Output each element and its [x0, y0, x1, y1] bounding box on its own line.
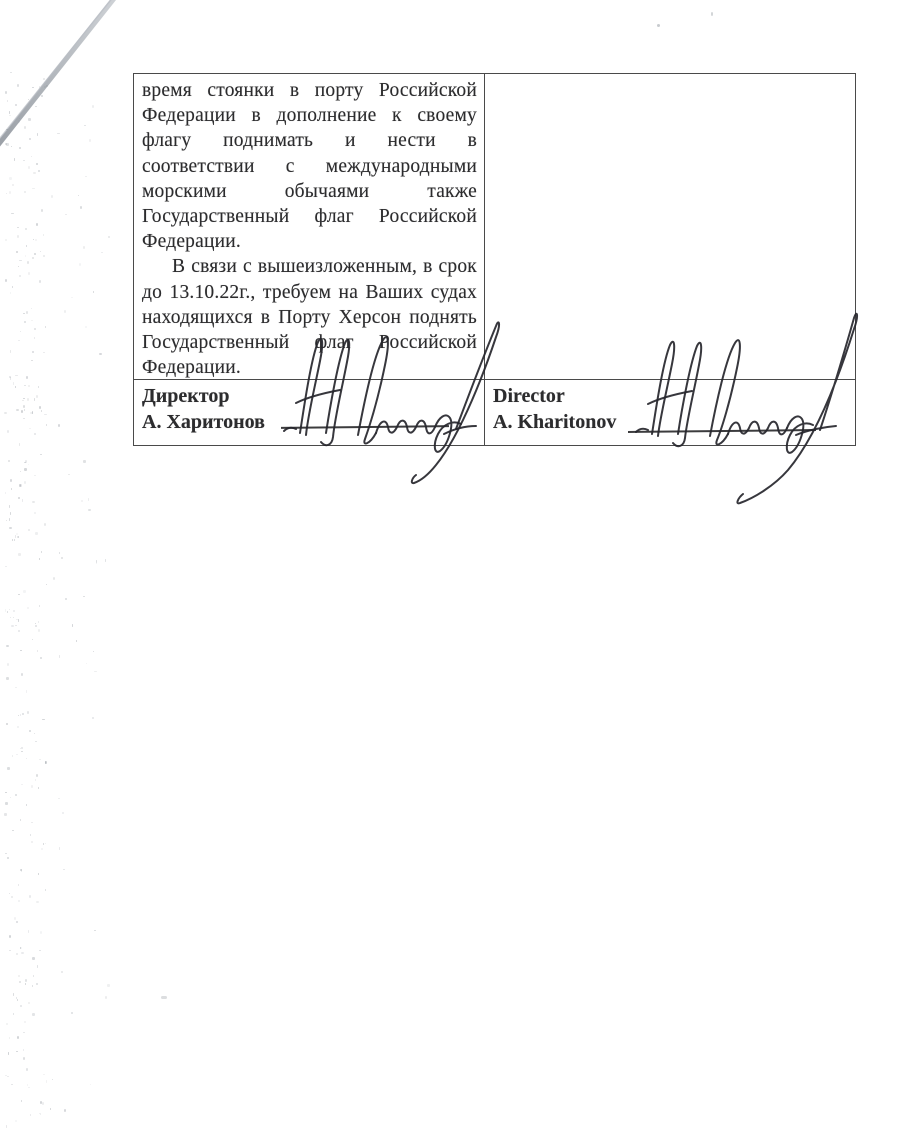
speck: [86, 663, 87, 664]
speck: [96, 560, 97, 563]
speck: [15, 375, 18, 377]
speck: [31, 841, 33, 843]
speck: [14, 917, 16, 920]
speck: [40, 1113, 41, 1115]
speck: [20, 819, 22, 821]
speck: [30, 834, 31, 836]
speck: [5, 853, 7, 854]
speck: [43, 234, 45, 235]
speck: [30, 412, 32, 414]
speck: [23, 398, 25, 399]
speck: [101, 252, 103, 253]
speck: [76, 640, 77, 642]
speck: [5, 492, 6, 494]
speck: [26, 1068, 28, 1071]
scanned-document-page: время стоянки в порту Российской Федерац…: [0, 0, 897, 1141]
speck: [34, 733, 35, 734]
speck: [22, 499, 24, 502]
speck: [12, 539, 13, 542]
speck: [20, 331, 22, 333]
speck: [10, 617, 11, 618]
speck: [38, 629, 40, 632]
speck: [11, 896, 13, 898]
russian-paragraph-1: время стоянки в порту Российской Федерац…: [142, 78, 477, 254]
speck: [5, 802, 7, 805]
speck: [8, 1052, 9, 1055]
document-table: время стоянки в порту Российской Федерац…: [133, 73, 856, 446]
director-name-ru: А. Харитонов: [142, 409, 484, 435]
right-empty-cell: [485, 74, 855, 379]
speck: [25, 979, 27, 982]
speck: [27, 607, 29, 609]
speck: [40, 931, 43, 934]
speck: [34, 398, 35, 401]
speck: [5, 1075, 7, 1077]
speck: [23, 313, 25, 314]
speck: [10, 292, 12, 295]
speck: [92, 717, 94, 719]
speck: [64, 310, 66, 313]
speck: [4, 412, 7, 414]
scan-dot-artifact: [161, 996, 167, 999]
speck: [20, 471, 22, 472]
speck: [32, 351, 34, 353]
speck: [15, 687, 18, 688]
speck: [23, 405, 25, 408]
speck: [41, 848, 43, 850]
speck: [16, 997, 18, 999]
speck: [10, 512, 11, 515]
speck: [20, 650, 22, 651]
speck: [43, 1074, 45, 1075]
speck: [7, 767, 10, 770]
speck: [29, 730, 31, 732]
speck: [21, 751, 23, 752]
speck: [20, 714, 21, 716]
speck: [32, 639, 34, 641]
speck: [17, 227, 19, 228]
speck: [83, 246, 85, 249]
speck: [24, 1021, 26, 1023]
speck: [23, 1049, 25, 1051]
speck: [18, 497, 20, 499]
speck: [27, 711, 29, 714]
speck: [40, 657, 42, 660]
speck: [36, 395, 38, 398]
speck: [33, 975, 34, 978]
speck: [94, 930, 97, 931]
speck: [94, 671, 96, 672]
speck: [5, 609, 6, 611]
speck: [13, 993, 14, 996]
speck: [45, 761, 47, 764]
speck: [29, 428, 32, 430]
speck: [10, 479, 12, 481]
speck: [12, 286, 13, 288]
speck: [72, 624, 73, 627]
speck: [105, 559, 107, 562]
speck: [29, 895, 30, 898]
speck: [40, 454, 42, 455]
english-signature-cell: Director A. Kharitonov: [485, 379, 855, 445]
speck: [34, 475, 36, 476]
speck: [38, 787, 39, 789]
speck: [43, 843, 45, 846]
speck: [7, 430, 9, 433]
speck: [15, 535, 16, 538]
speck: [44, 414, 46, 416]
speck: [22, 400, 24, 402]
speck: [93, 651, 95, 653]
speck: [23, 590, 26, 593]
speck: [107, 984, 110, 987]
speck: [20, 484, 22, 487]
speck: [24, 321, 26, 323]
speck: [59, 847, 60, 849]
speck: [7, 857, 9, 859]
speck: [31, 822, 33, 823]
speck: [17, 536, 19, 539]
speck: [16, 619, 18, 621]
speck: [32, 957, 35, 960]
speck: [46, 424, 48, 426]
speck: [28, 272, 30, 275]
speck: [108, 236, 110, 238]
speck: [10, 377, 11, 380]
speck: [93, 291, 94, 293]
speck: [31, 308, 32, 309]
speck: [5, 566, 7, 567]
speck: [7, 1076, 9, 1078]
director-title-en: Director: [493, 383, 855, 409]
speck: [18, 536, 19, 539]
speck: [52, 1079, 53, 1080]
speck: [88, 509, 90, 511]
speck: [15, 794, 17, 797]
speck: [37, 965, 38, 968]
speck: [63, 869, 65, 870]
speck: [17, 726, 19, 729]
speck: [96, 563, 98, 565]
speck: [32, 411, 33, 414]
speck: [18, 619, 19, 621]
speck: [9, 1037, 10, 1039]
speck: [58, 424, 60, 427]
speck: [17, 999, 18, 1002]
speck: [28, 385, 30, 387]
speck: [16, 953, 18, 955]
speck: [21, 747, 23, 749]
speck: [25, 983, 26, 985]
speck: [16, 921, 18, 923]
speck: [19, 484, 21, 487]
speck: [79, 263, 82, 266]
speck: [32, 257, 34, 259]
speck: [28, 529, 30, 531]
speck: [36, 774, 38, 777]
speck: [6, 520, 7, 521]
speck: [18, 553, 21, 556]
speck: [9, 935, 11, 938]
speck: [50, 1108, 51, 1110]
speck: [61, 971, 63, 973]
speck: [13, 610, 15, 612]
speck: [40, 1101, 41, 1104]
speck: [44, 523, 45, 526]
scan-dot-artifact: [657, 24, 660, 27]
speck: [16, 409, 19, 411]
speck: [71, 1012, 73, 1014]
speck: [61, 557, 63, 559]
speck: [13, 1013, 14, 1016]
speck: [18, 594, 20, 595]
speck: [21, 869, 22, 872]
speck: [18, 266, 19, 267]
speck: [32, 1013, 34, 1016]
speck: [19, 275, 21, 277]
speck: [31, 360, 33, 361]
speck: [24, 385, 26, 386]
speck: [4, 813, 6, 815]
speck: [24, 468, 26, 471]
russian-signature-cell: Директор А. Харитонов: [134, 379, 485, 445]
speck: [35, 779, 36, 782]
speck: [18, 884, 19, 886]
speck: [65, 598, 67, 600]
speck: [20, 947, 21, 949]
speck: [26, 311, 28, 314]
speck: [19, 981, 21, 983]
speck: [6, 1023, 8, 1025]
speck: [26, 245, 27, 247]
speck: [39, 558, 40, 560]
speck: [12, 755, 13, 757]
speck: [58, 798, 60, 800]
speck: [5, 792, 7, 793]
speck: [31, 320, 34, 321]
speck: [18, 715, 19, 716]
speck: [46, 1080, 47, 1082]
speck: [17, 1036, 19, 1039]
speck: [37, 650, 38, 652]
speck: [28, 930, 30, 933]
speck: [27, 261, 29, 264]
speck: [7, 611, 8, 613]
speck: [9, 376, 11, 378]
speck: [25, 255, 27, 256]
speck: [25, 228, 27, 230]
speck: [5, 239, 7, 240]
speck: [26, 376, 27, 379]
speck: [45, 761, 46, 764]
speck: [83, 596, 84, 597]
speck: [16, 251, 18, 253]
speck: [46, 584, 47, 586]
speck: [33, 239, 34, 240]
speck: [81, 500, 83, 503]
speck: [20, 869, 22, 871]
speck: [45, 843, 46, 844]
speck: [68, 474, 70, 475]
speck: [16, 1051, 18, 1052]
speck: [21, 410, 23, 413]
speck: [62, 812, 64, 814]
speck: [18, 340, 21, 341]
speck: [35, 239, 37, 241]
speck: [88, 498, 90, 501]
speck: [64, 1109, 65, 1112]
speck: [39, 280, 41, 283]
speck: [16, 754, 18, 755]
speck: [18, 900, 20, 902]
speck: [9, 950, 11, 951]
speck: [45, 326, 46, 328]
speck: [6, 723, 8, 725]
speck: [38, 873, 39, 875]
speck: [38, 621, 39, 623]
speck: [18, 975, 20, 977]
speck: [36, 983, 38, 985]
speck: [26, 690, 27, 693]
speck: [24, 409, 25, 411]
speck: [25, 460, 27, 463]
speck: [19, 443, 20, 446]
speck: [27, 1084, 28, 1086]
speck: [6, 645, 9, 647]
speck: [19, 260, 22, 261]
speck: [99, 353, 101, 355]
speck: [34, 433, 36, 435]
speck: [14, 539, 15, 542]
speck: [7, 663, 9, 665]
speck: [28, 1087, 30, 1088]
speck: [34, 253, 37, 254]
speck: [20, 748, 22, 750]
speck: [15, 386, 16, 389]
speck: [16, 533, 18, 535]
speck: [9, 505, 10, 508]
speck: [9, 893, 10, 894]
russian-text-cell: время стоянки в порту Российской Федерац…: [134, 74, 485, 379]
speck: [39, 950, 41, 951]
speck: [10, 797, 11, 798]
speck: [30, 1114, 31, 1116]
speck: [85, 326, 86, 329]
speck: [21, 952, 24, 955]
speck: [23, 1057, 25, 1059]
speck: [43, 255, 45, 257]
speck: [32, 985, 34, 987]
speck: [90, 1084, 92, 1086]
speck: [21, 673, 23, 676]
speck: [39, 1113, 41, 1115]
speck: [11, 1084, 13, 1085]
speck: [40, 251, 41, 252]
speck: [31, 785, 33, 788]
speck: [13, 617, 14, 619]
speck: [11, 488, 12, 490]
speck: [39, 759, 41, 760]
speck: [34, 512, 36, 515]
speck: [41, 410, 42, 412]
speck: [53, 577, 55, 580]
speck: [23, 418, 25, 420]
speck: [15, 625, 17, 626]
speck: [21, 1100, 22, 1102]
speck: [9, 527, 12, 530]
speck: [32, 501, 34, 503]
speck: [18, 630, 20, 632]
speck: [13, 382, 14, 385]
speck: [41, 551, 42, 553]
speck: [15, 1120, 18, 1122]
speck: [36, 901, 38, 903]
speck: [39, 605, 40, 607]
speck: [28, 1002, 30, 1005]
speck: [34, 328, 36, 330]
speck: [26, 758, 27, 759]
speck: [9, 609, 10, 610]
speck: [11, 625, 13, 627]
director-title-ru: Директор: [142, 383, 484, 409]
speck: [9, 518, 10, 520]
speck: [35, 623, 36, 624]
russian-paragraph-2: В связи с вышеизложенным, в срок до 13.1…: [142, 254, 477, 380]
speck: [20, 1005, 22, 1008]
speck: [43, 352, 45, 354]
speck: [42, 719, 45, 720]
speck: [59, 655, 60, 658]
speck: [35, 741, 37, 742]
speck: [24, 481, 26, 484]
speck: [8, 460, 11, 461]
speck: [12, 830, 14, 832]
speck: [5, 279, 8, 281]
speck: [10, 350, 12, 353]
speck: [42, 1102, 44, 1105]
speck: [105, 996, 107, 999]
speck: [36, 223, 38, 226]
speck: [23, 1032, 25, 1034]
speck: [6, 677, 9, 680]
speck: [59, 552, 60, 554]
speck: [28, 464, 29, 465]
speck: [34, 337, 36, 339]
speck: [83, 460, 85, 463]
speck: [21, 784, 23, 785]
speck: [71, 297, 72, 299]
speck: [35, 532, 38, 535]
speck: [20, 947, 22, 950]
speck: [22, 713, 24, 715]
speck: [26, 804, 27, 807]
speck: [24, 462, 26, 464]
speck: [35, 625, 37, 627]
speck: [45, 889, 46, 890]
speck: [39, 406, 41, 409]
speck: [17, 235, 20, 238]
speck: [38, 386, 39, 388]
speck: [6, 1125, 8, 1128]
scan-dot-artifact: [711, 12, 713, 16]
speck: [27, 398, 29, 400]
